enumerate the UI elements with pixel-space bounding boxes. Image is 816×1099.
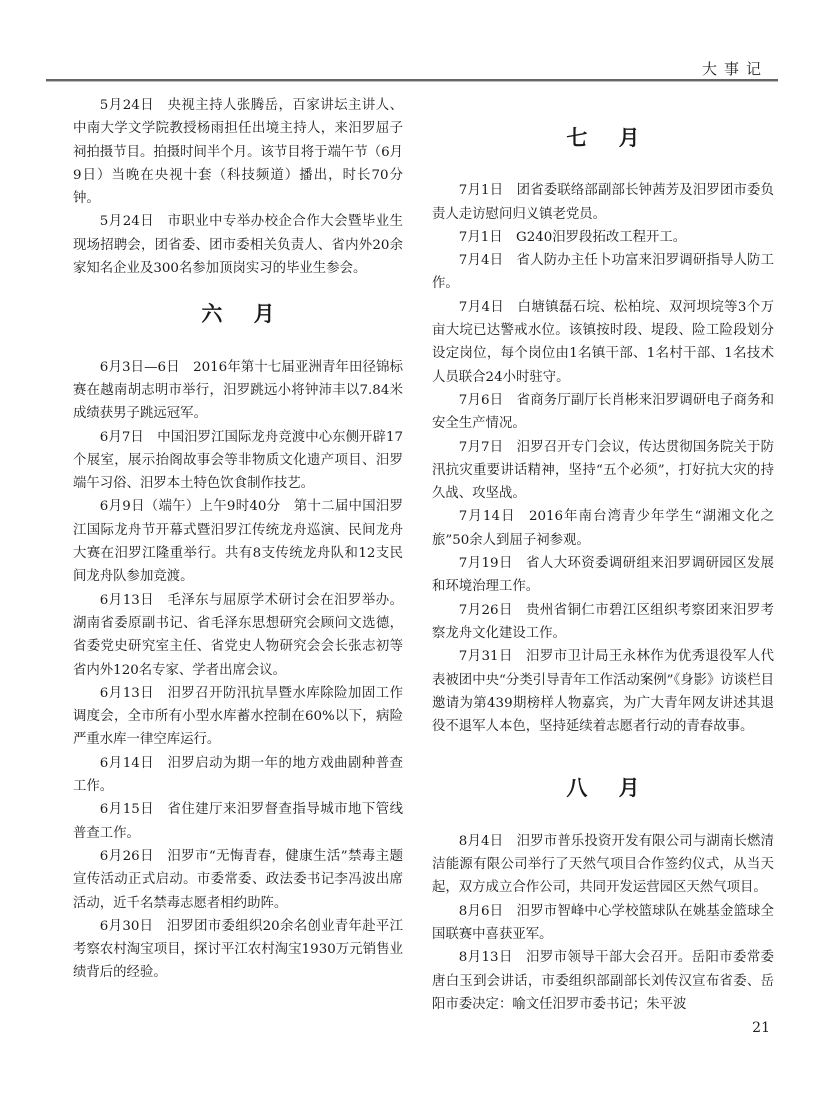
entry: 7月31日汨罗市卫计局王永林作为优秀退役军人代表被团中央“分类引导青年工作活动案… — [432, 645, 774, 738]
entry-date: 6月26日 — [100, 849, 154, 864]
entry-date: 7月6日 — [459, 393, 503, 408]
entry: 7月14日2016年南台湾青少年学生“湖湘文化之旅”50余人到屈子祠参观。 — [432, 505, 774, 552]
right-column: 七 月 7月1日团省委联络部副部长钟茜芳及汨罗团市委负责人走访慰问归义镇老党员。… — [432, 126, 774, 1016]
entry-date: 6月3日—6日 — [100, 360, 180, 375]
entry: 6月3日—6日2016年第十七届亚洲青年田径锦标赛在越南胡志明市举行，汨罗跳远小… — [73, 356, 403, 426]
entry: 6月7日中国汨罗江国际龙舟竞渡中心东侧开辟17个展室，展示抬阁故事会等非物质文化… — [73, 426, 403, 496]
month-heading-june: 六 月 — [73, 302, 403, 325]
entry-date: 6月9日（端午）上午9时40分 — [100, 499, 281, 514]
entry: 8月6日汨罗市智峰中心学校篮球队在姚基金篮球全国联赛中喜获亚军。 — [432, 900, 774, 947]
entry: 7月26日贵州省铜仁市碧江区组织考察团来汨罗考察龙舟文化建设工作。 — [432, 599, 774, 646]
entry-date: 7月31日 — [459, 649, 513, 664]
left-column: 5月24日央视主持人张腾岳，百家讲坛主讲人、中南大学文学院教授杨雨担任出境主持人… — [73, 94, 403, 985]
entry-date: 6月13日 — [100, 593, 154, 608]
entry-date: 7月4日 — [459, 300, 504, 315]
entry-date: 6月14日 — [100, 756, 154, 771]
page-number: 21 — [752, 1020, 770, 1036]
entry: 7月4日白塘镇磊石垸、松柏垸、双河坝垸等3个万亩大垸已达警戒水位。该镇按时段、堤… — [432, 296, 774, 389]
entry-date: 7月19日 — [459, 556, 513, 571]
entry-date: 5月24日 — [100, 98, 154, 113]
entry-date: 7月7日 — [459, 440, 503, 455]
entry-date: 7月1日 — [459, 183, 503, 198]
entry-date: 7月26日 — [459, 603, 513, 618]
entry-date: 6月30日 — [100, 919, 154, 934]
entry-date: 6月7日 — [100, 430, 144, 445]
entry: 5月24日市职业中专举办校企合作大会暨毕业生现场招聘会，团省委、团市委相关负责人… — [73, 210, 403, 280]
entry-date: 8月13日 — [459, 950, 513, 965]
entry: 6月13日汨罗召开防汛抗旱暨水库除险加固工作调度会，全市所有小型水库蓄水控制在6… — [73, 682, 403, 752]
entry-date: 7月1日 — [459, 230, 503, 245]
entry-date: 8月6日 — [459, 904, 503, 919]
header-rule — [46, 79, 778, 82]
entry: 6月14日汨罗启动为期一年的地方戏曲剧种普查工作。 — [73, 752, 403, 799]
entry: 7月1日团省委联络部副部长钟茜芳及汨罗团市委负责人走访慰问归义镇老党员。 — [432, 179, 774, 226]
entry: 7月4日省人防办主任卜功富来汨罗调研指导人防工作。 — [432, 249, 774, 296]
running-header: 大事记 — [46, 52, 778, 80]
entry-date: 7月14日 — [459, 509, 516, 524]
entry-date: 5月24日 — [100, 214, 154, 229]
entry-date: 8月4日 — [459, 834, 503, 849]
entry: 6月30日汨罗团市委组织20余名创业青年赴平江考察农村淘宝项目，探讨平江农村淘宝… — [73, 915, 403, 985]
entry: 6月15日省住建厅来汨罗督查指导城市地下管线普查工作。 — [73, 798, 403, 845]
entry: 6月9日（端午）上午9时40分第十二届中国汨罗江国际龙舟节开幕式暨汨罗江传统龙舟… — [73, 495, 403, 588]
entry-date: 7月4日 — [459, 253, 503, 268]
section-title: 大事记 — [702, 58, 768, 79]
entry: 5月24日央视主持人张腾岳，百家讲坛主讲人、中南大学文学院教授杨雨担任出境主持人… — [73, 94, 403, 210]
entry: 6月26日汨罗市“无悔青春，健康生活”禁毒主题宣传活动正式启动。市委常委、政法委… — [73, 845, 403, 915]
entry: 7月6日省商务厅副厅长肖彬来汨罗调研电子商务和安全生产情况。 — [432, 389, 774, 436]
entry: 7月19日省人大环资委调研组来汨罗调研园区发展和环境治理工作。 — [432, 552, 774, 599]
month-heading-july: 七 月 — [432, 126, 774, 149]
entry: 7月1日G240汨罗段拓改工程开工。 — [432, 226, 774, 249]
entry-date: 6月13日 — [100, 686, 154, 701]
entry-text: G240汨罗段拓改工程开工。 — [516, 230, 686, 245]
entry-date: 6月15日 — [100, 802, 154, 817]
entry: 8月13日汨罗市领导干部大会召开。岳阳市委常委唐白玉到会讲话，市委组织部副部长刘… — [432, 946, 774, 1016]
entry: 7月7日汨罗召开专门会议，传达贯彻国务院关于防汛抗灾重要讲话精神，坚持“五个必须… — [432, 436, 774, 506]
month-heading-august: 八 月 — [432, 776, 774, 799]
entry: 6月13日毛泽东与屈原学术研讨会在汨罗举办。湖南省委原副书记、省毛泽东思想研究会… — [73, 589, 403, 682]
entry: 8月4日汨罗市普乐投资开发有限公司与湖南长燃清洁能源有限公司举行了天然气项目合作… — [432, 830, 774, 900]
entry-text: 央视主持人张腾岳，百家讲坛主讲人、中南大学文学院教授杨雨担任出境主持人，来汨罗屈… — [73, 98, 403, 206]
